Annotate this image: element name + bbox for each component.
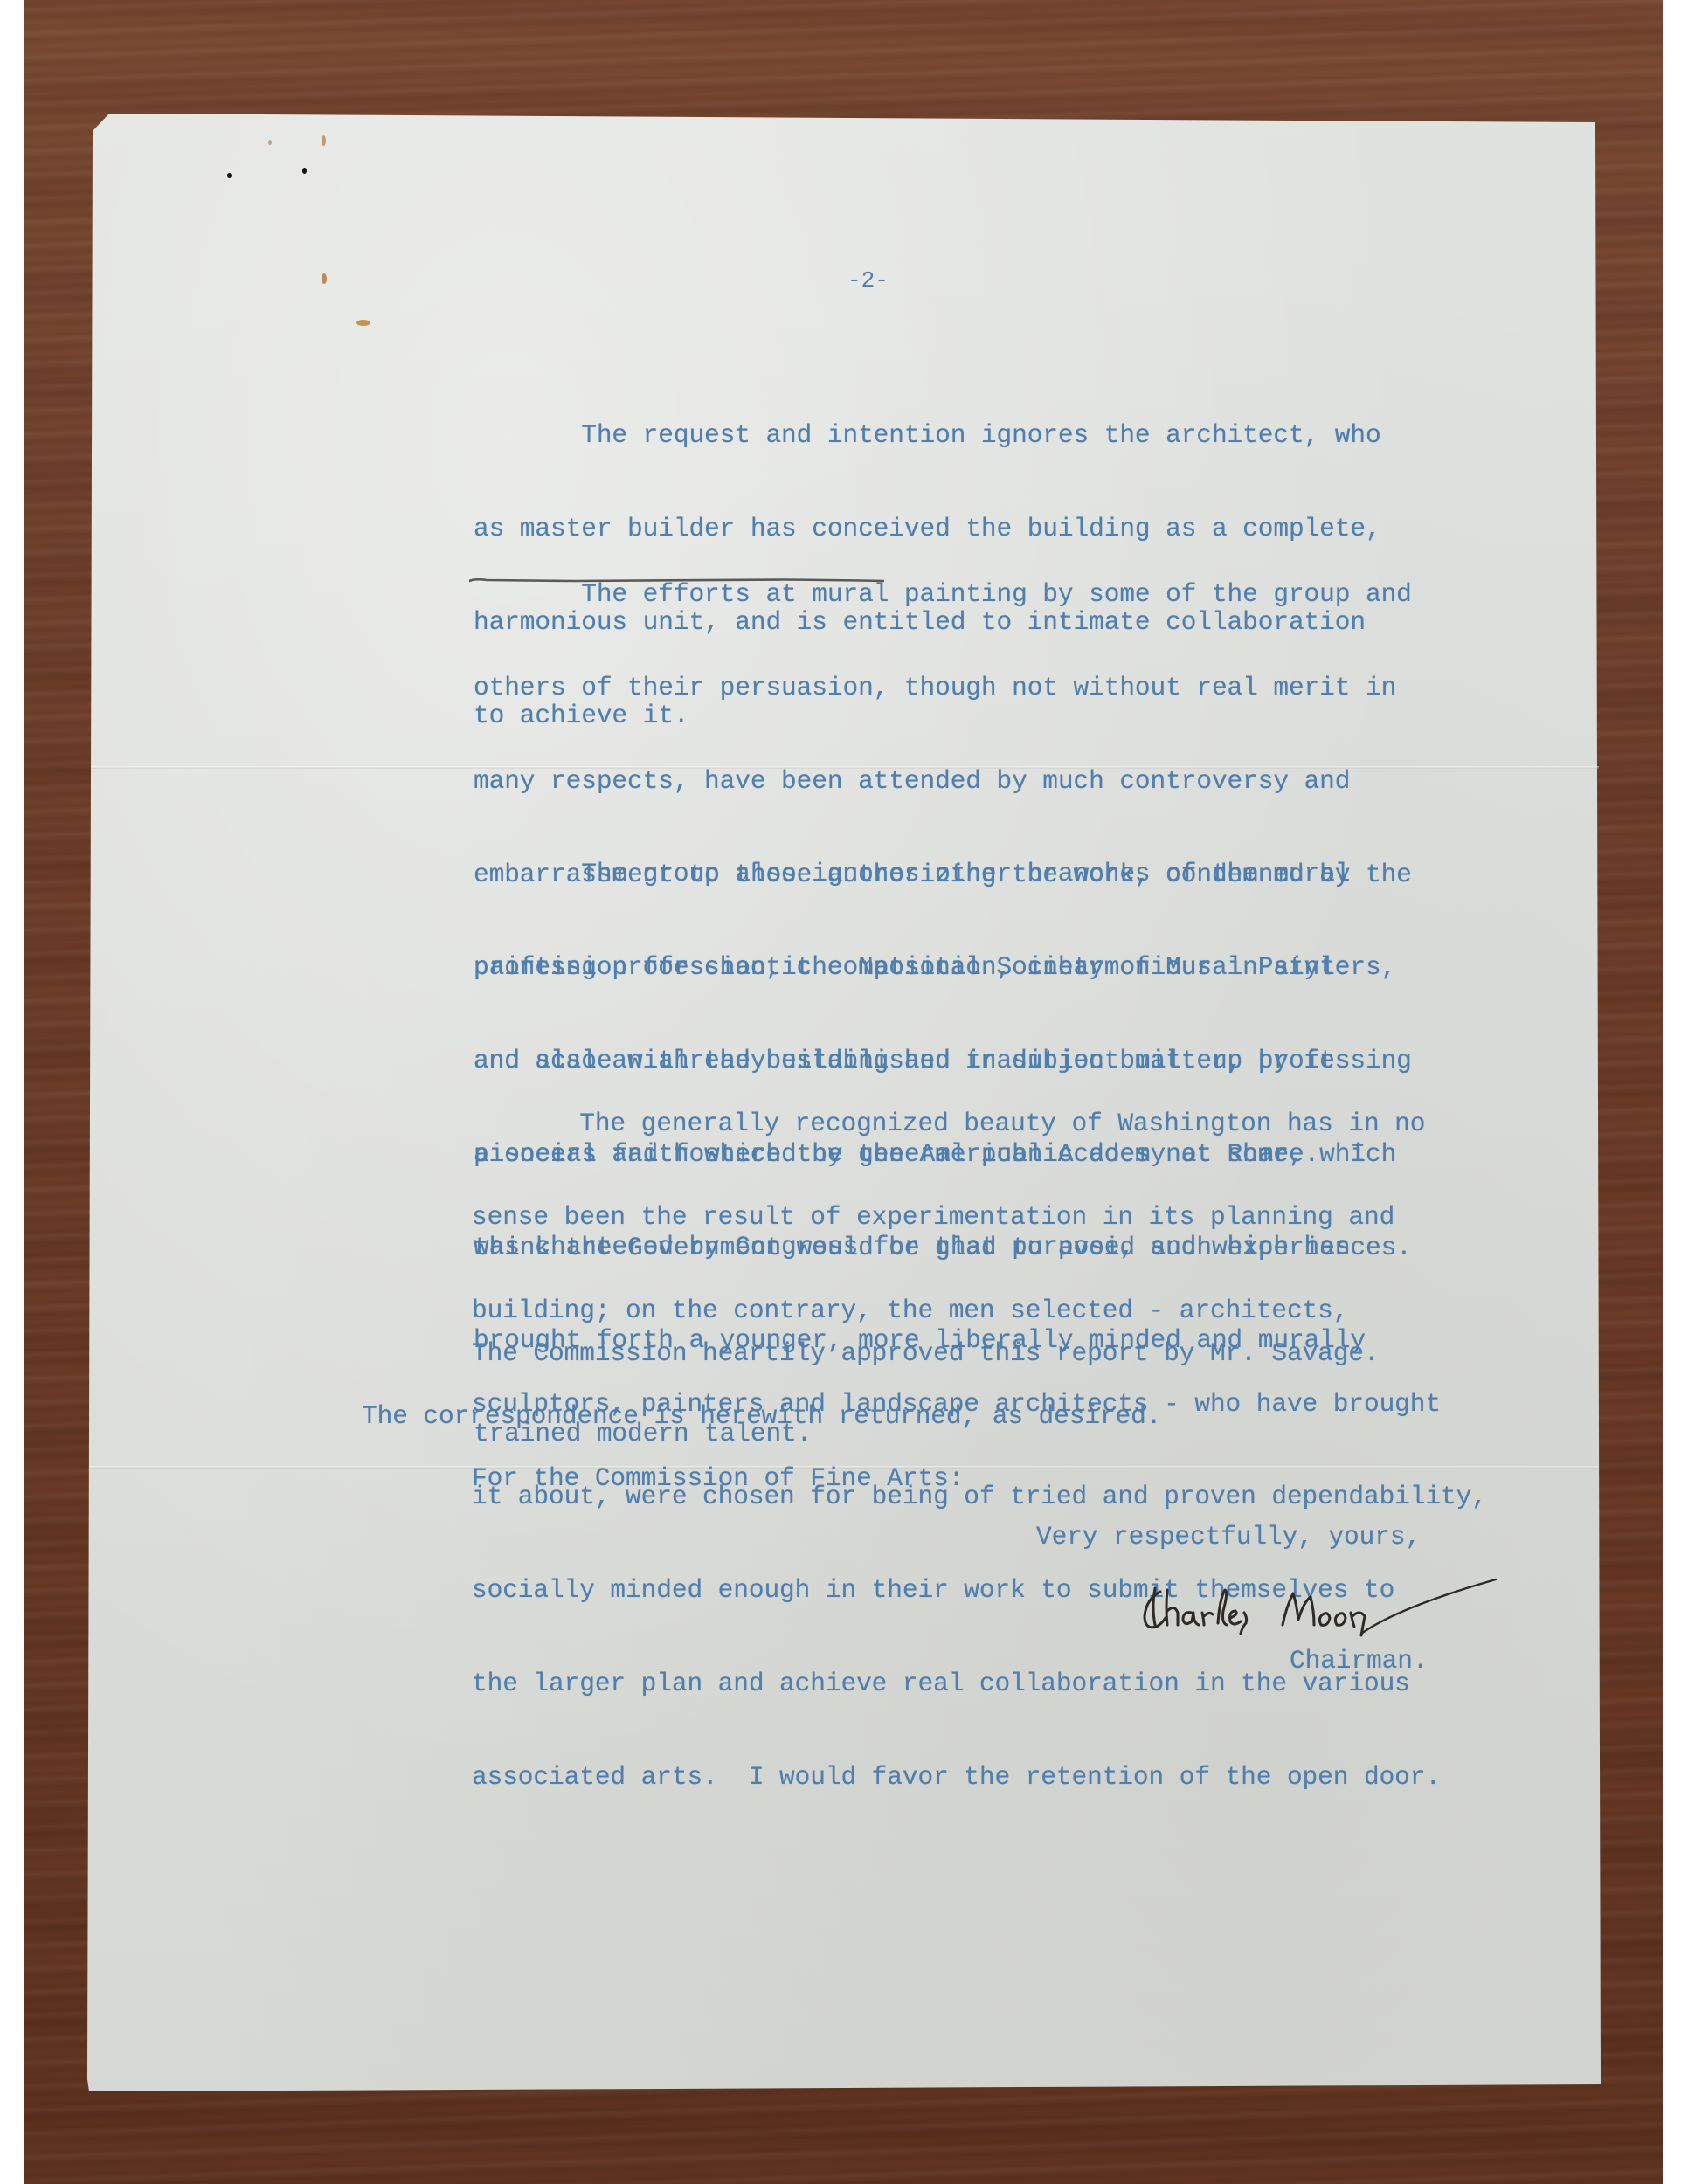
- photo-frame: -2- The request and intention ignores th…: [0, 0, 1688, 2184]
- text-line: The generally recognized beauty of Washi…: [472, 1109, 1487, 1140]
- stain-mark: [322, 135, 326, 146]
- signatory-title: Chairman.: [1290, 1646, 1428, 1677]
- paper-hole-mark: [227, 173, 232, 178]
- stain-mark: [268, 140, 272, 145]
- text-line: many respects, have been attended by muc…: [474, 766, 1412, 798]
- approval-statement: The Commission heartily approved this re…: [472, 1338, 1380, 1370]
- closing-salutation: Very respectfully, yours,: [1036, 1522, 1421, 1553]
- return-note: The correspondence is herewith returned,…: [362, 1401, 1161, 1433]
- stain-mark: [356, 320, 370, 326]
- for-commission-line: For the Commission of Fine Arts:: [472, 1463, 964, 1495]
- text-line: The efforts at mural painting by some of…: [474, 579, 1412, 611]
- pencil-underline-mark: [469, 578, 884, 583]
- handwritten-signature: Charles Moore: [1136, 1572, 1503, 1642]
- text-line: building; on the contrary, the men selec…: [472, 1296, 1487, 1327]
- stain-mark: [322, 273, 327, 284]
- text-line: painting profession, the National Societ…: [474, 952, 1396, 984]
- text-line: sense been the result of experimentation…: [472, 1202, 1487, 1234]
- text-line: others of their persuasion, though not w…: [474, 673, 1412, 704]
- page-number: -2-: [847, 267, 889, 294]
- paper-hole-mark: [302, 168, 307, 174]
- text-line: The request and intention ignores the ar…: [474, 420, 1381, 452]
- text-line: The group also ignores other branches of…: [474, 859, 1396, 890]
- text-line: associated arts. I would favor the reten…: [472, 1762, 1487, 1794]
- paragraph-4: The generally recognized beauty of Washi…: [472, 1047, 1487, 1855]
